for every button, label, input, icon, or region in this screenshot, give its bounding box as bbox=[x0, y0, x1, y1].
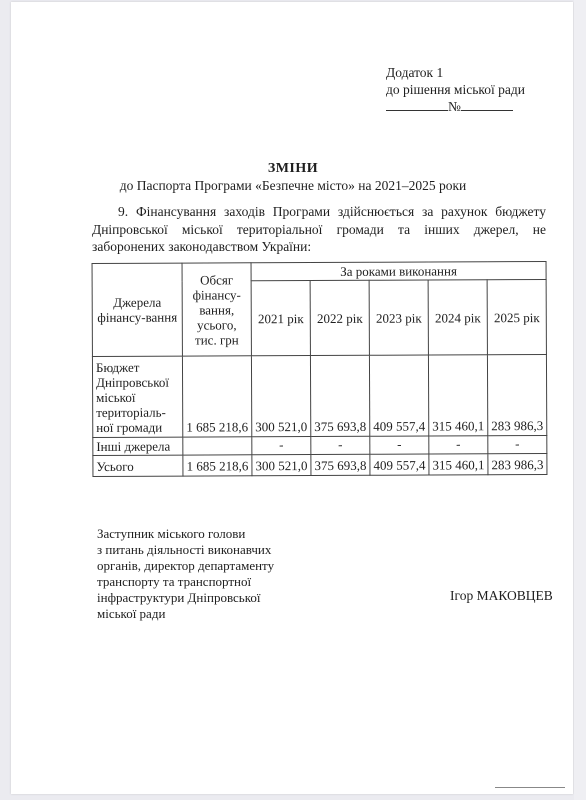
date-blank bbox=[386, 98, 448, 111]
row-source: Інші джерела bbox=[93, 437, 183, 455]
addendum-reference: до рішення міської ради bbox=[386, 81, 525, 98]
header-year: 2021 рік bbox=[251, 281, 310, 356]
signatory-line: Заступник міського голови bbox=[97, 526, 337, 542]
addendum-header: Додаток 1 до рішення міської ради № bbox=[386, 64, 525, 115]
header-by-years: За роками виконання bbox=[251, 262, 546, 281]
scan-artifact-line bbox=[495, 787, 565, 788]
number-blank bbox=[461, 98, 513, 111]
row-year-value: - bbox=[429, 436, 488, 454]
addendum-title: Додаток 1 bbox=[386, 64, 525, 81]
row-year-value: 300 521,0 bbox=[251, 356, 310, 437]
signatory-line: органів, директор департаменту bbox=[97, 558, 337, 574]
row-year-value: 283 986,3 bbox=[487, 355, 546, 436]
financing-paragraph: 9. Фінансування заходів Програми здійсню… bbox=[92, 203, 546, 256]
row-year-value: 315 460,1 bbox=[428, 355, 487, 436]
header-source: Джерела фінансу-вання bbox=[92, 263, 182, 356]
row-year-value: 300 521,0 bbox=[252, 455, 311, 476]
signatory-line: з питань діяльності виконавчих bbox=[97, 542, 337, 558]
header-total: Обсяг фінансу-вання, усього, тис. грн bbox=[182, 263, 251, 356]
signatory-position: Заступник міського голови з питань діяль… bbox=[97, 526, 337, 622]
header-year: 2025 рік bbox=[487, 280, 546, 355]
row-total bbox=[183, 437, 252, 455]
row-year-value: 315 460,1 bbox=[429, 454, 488, 475]
header-year: 2023 рік bbox=[369, 280, 428, 355]
financing-table: Джерела фінансу-вання Обсяг фінансу-ванн… bbox=[92, 261, 548, 477]
addendum-number-line: № bbox=[386, 98, 525, 115]
row-source: Усього bbox=[93, 455, 183, 476]
table-row: Бюджет Дніпровської міської територіаль-… bbox=[92, 355, 546, 438]
row-year-value: - bbox=[311, 436, 370, 454]
financing-paragraph-text: 9. Фінансування заходів Програми здійсню… bbox=[92, 204, 546, 254]
row-source: Бюджет Дніпровської міської територіаль-… bbox=[92, 356, 182, 437]
table-row: Усього 1 685 218,6 300 521,0 375 693,8 4… bbox=[93, 454, 547, 477]
table-header-row: Джерела фінансу-вання Обсяг фінансу-ванн… bbox=[92, 262, 546, 282]
number-sign: № bbox=[448, 99, 461, 114]
document-subtitle: до Паспорта Програми «Безпечне місто» на… bbox=[0, 178, 586, 194]
document-title: ЗМІНИ bbox=[0, 161, 586, 177]
row-year-value: 375 693,8 bbox=[310, 355, 369, 436]
row-year-value: - bbox=[370, 436, 429, 454]
signatory-line: транспорту та транспортної bbox=[97, 574, 337, 590]
row-total: 1 685 218,6 bbox=[182, 356, 251, 437]
signatory-line: інфраструктури Дніпровської bbox=[97, 590, 337, 606]
header-year: 2022 рік bbox=[310, 280, 369, 355]
header-year: 2024 рік bbox=[428, 280, 487, 355]
row-year-value: - bbox=[252, 437, 311, 455]
signatory-name: Ігор МАКОВЦЕВ bbox=[450, 588, 553, 604]
viewer-gutter bbox=[574, 0, 586, 800]
signatory-line: міської ради bbox=[97, 606, 337, 622]
row-year-value: 409 557,4 bbox=[369, 355, 428, 436]
row-year-value: 409 557,4 bbox=[370, 454, 429, 475]
row-total: 1 685 218,6 bbox=[183, 455, 252, 476]
row-year-value: 283 986,3 bbox=[488, 454, 547, 475]
table-row: Інші джерела - - - - - bbox=[93, 436, 547, 456]
row-year-value: 375 693,8 bbox=[311, 454, 370, 475]
row-year-value: - bbox=[488, 436, 547, 454]
